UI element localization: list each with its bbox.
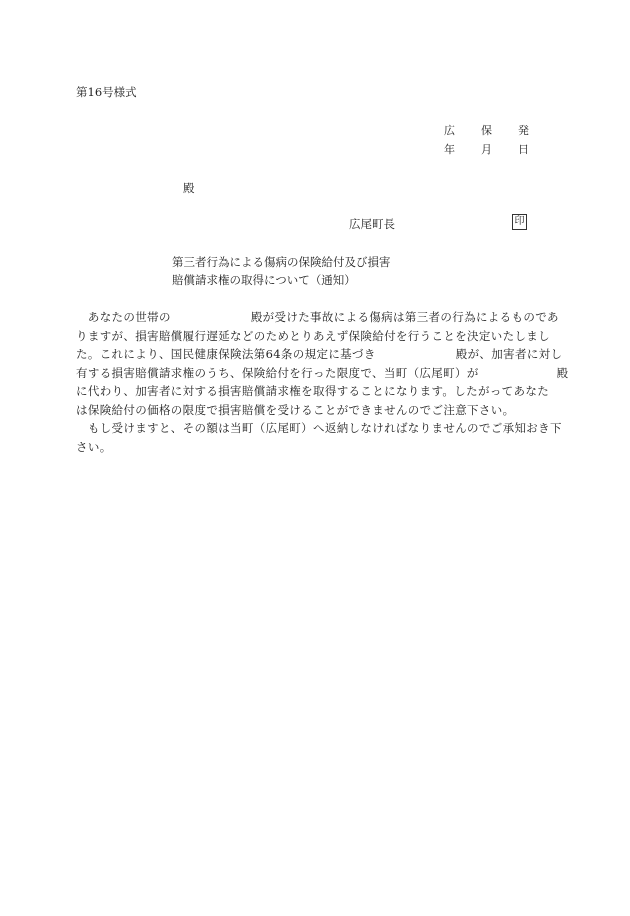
issuer-code-2: 保 xyxy=(481,122,518,138)
subject-line-1: 第三者行為による傷病の保険給付及び損害 xyxy=(172,253,391,271)
subject-title: 第三者行為による傷病の保険給付及び損害 賠償請求権の取得について（通知） xyxy=(172,253,391,289)
form-number: 第16号様式 xyxy=(76,84,137,100)
issuer-code-1: 広 xyxy=(444,122,481,138)
body-line: 有する損害賠償請求権のうち、保険給付を行った限度で、当町（広尾町）が殿 xyxy=(76,364,554,383)
body-line: もし受けますと、その額は当町（広尾町）へ返納しなければなりませんのでご承知おき下 xyxy=(76,419,554,438)
date-month-label: 月 xyxy=(481,141,518,157)
notice-body: あなたの世帯の殿が受けた事故による傷病は第三者の行為によるものであ りますが、損… xyxy=(76,308,554,456)
subject-line-2: 賠償請求権の取得について（通知） xyxy=(172,271,391,289)
body-line: に代わり、加害者に対する損害賠償請求権を取得することになります。したがってあなた xyxy=(76,382,554,401)
sender-name: 広尾町長 xyxy=(349,216,395,232)
body-line: あなたの世帯の殿が受けた事故による傷病は第三者の行為によるものであ xyxy=(76,308,554,327)
body-line: りますが、損害賠償履行遅延などのためとりあえず保険給付を行うことを決定いたしまし xyxy=(76,327,554,346)
body-line: さい。 xyxy=(76,438,554,457)
issuer-code: 広保発 xyxy=(444,122,555,138)
date-year-label: 年 xyxy=(444,141,481,157)
date-day-label: 日 xyxy=(518,141,555,157)
body-line: は保険給付の価格の限度で損害賠償を受けることができませんのでご注意下さい。 xyxy=(76,401,554,420)
issuer-code-3: 発 xyxy=(518,122,555,138)
seal-mark-icon: 印 xyxy=(512,214,527,230)
body-line: た。これにより、国民健康保険法第64条の規定に基づき殿が、加害者に対し xyxy=(76,345,554,364)
addressee: 殿 xyxy=(183,180,195,196)
issue-date: 年月日 xyxy=(444,141,555,157)
